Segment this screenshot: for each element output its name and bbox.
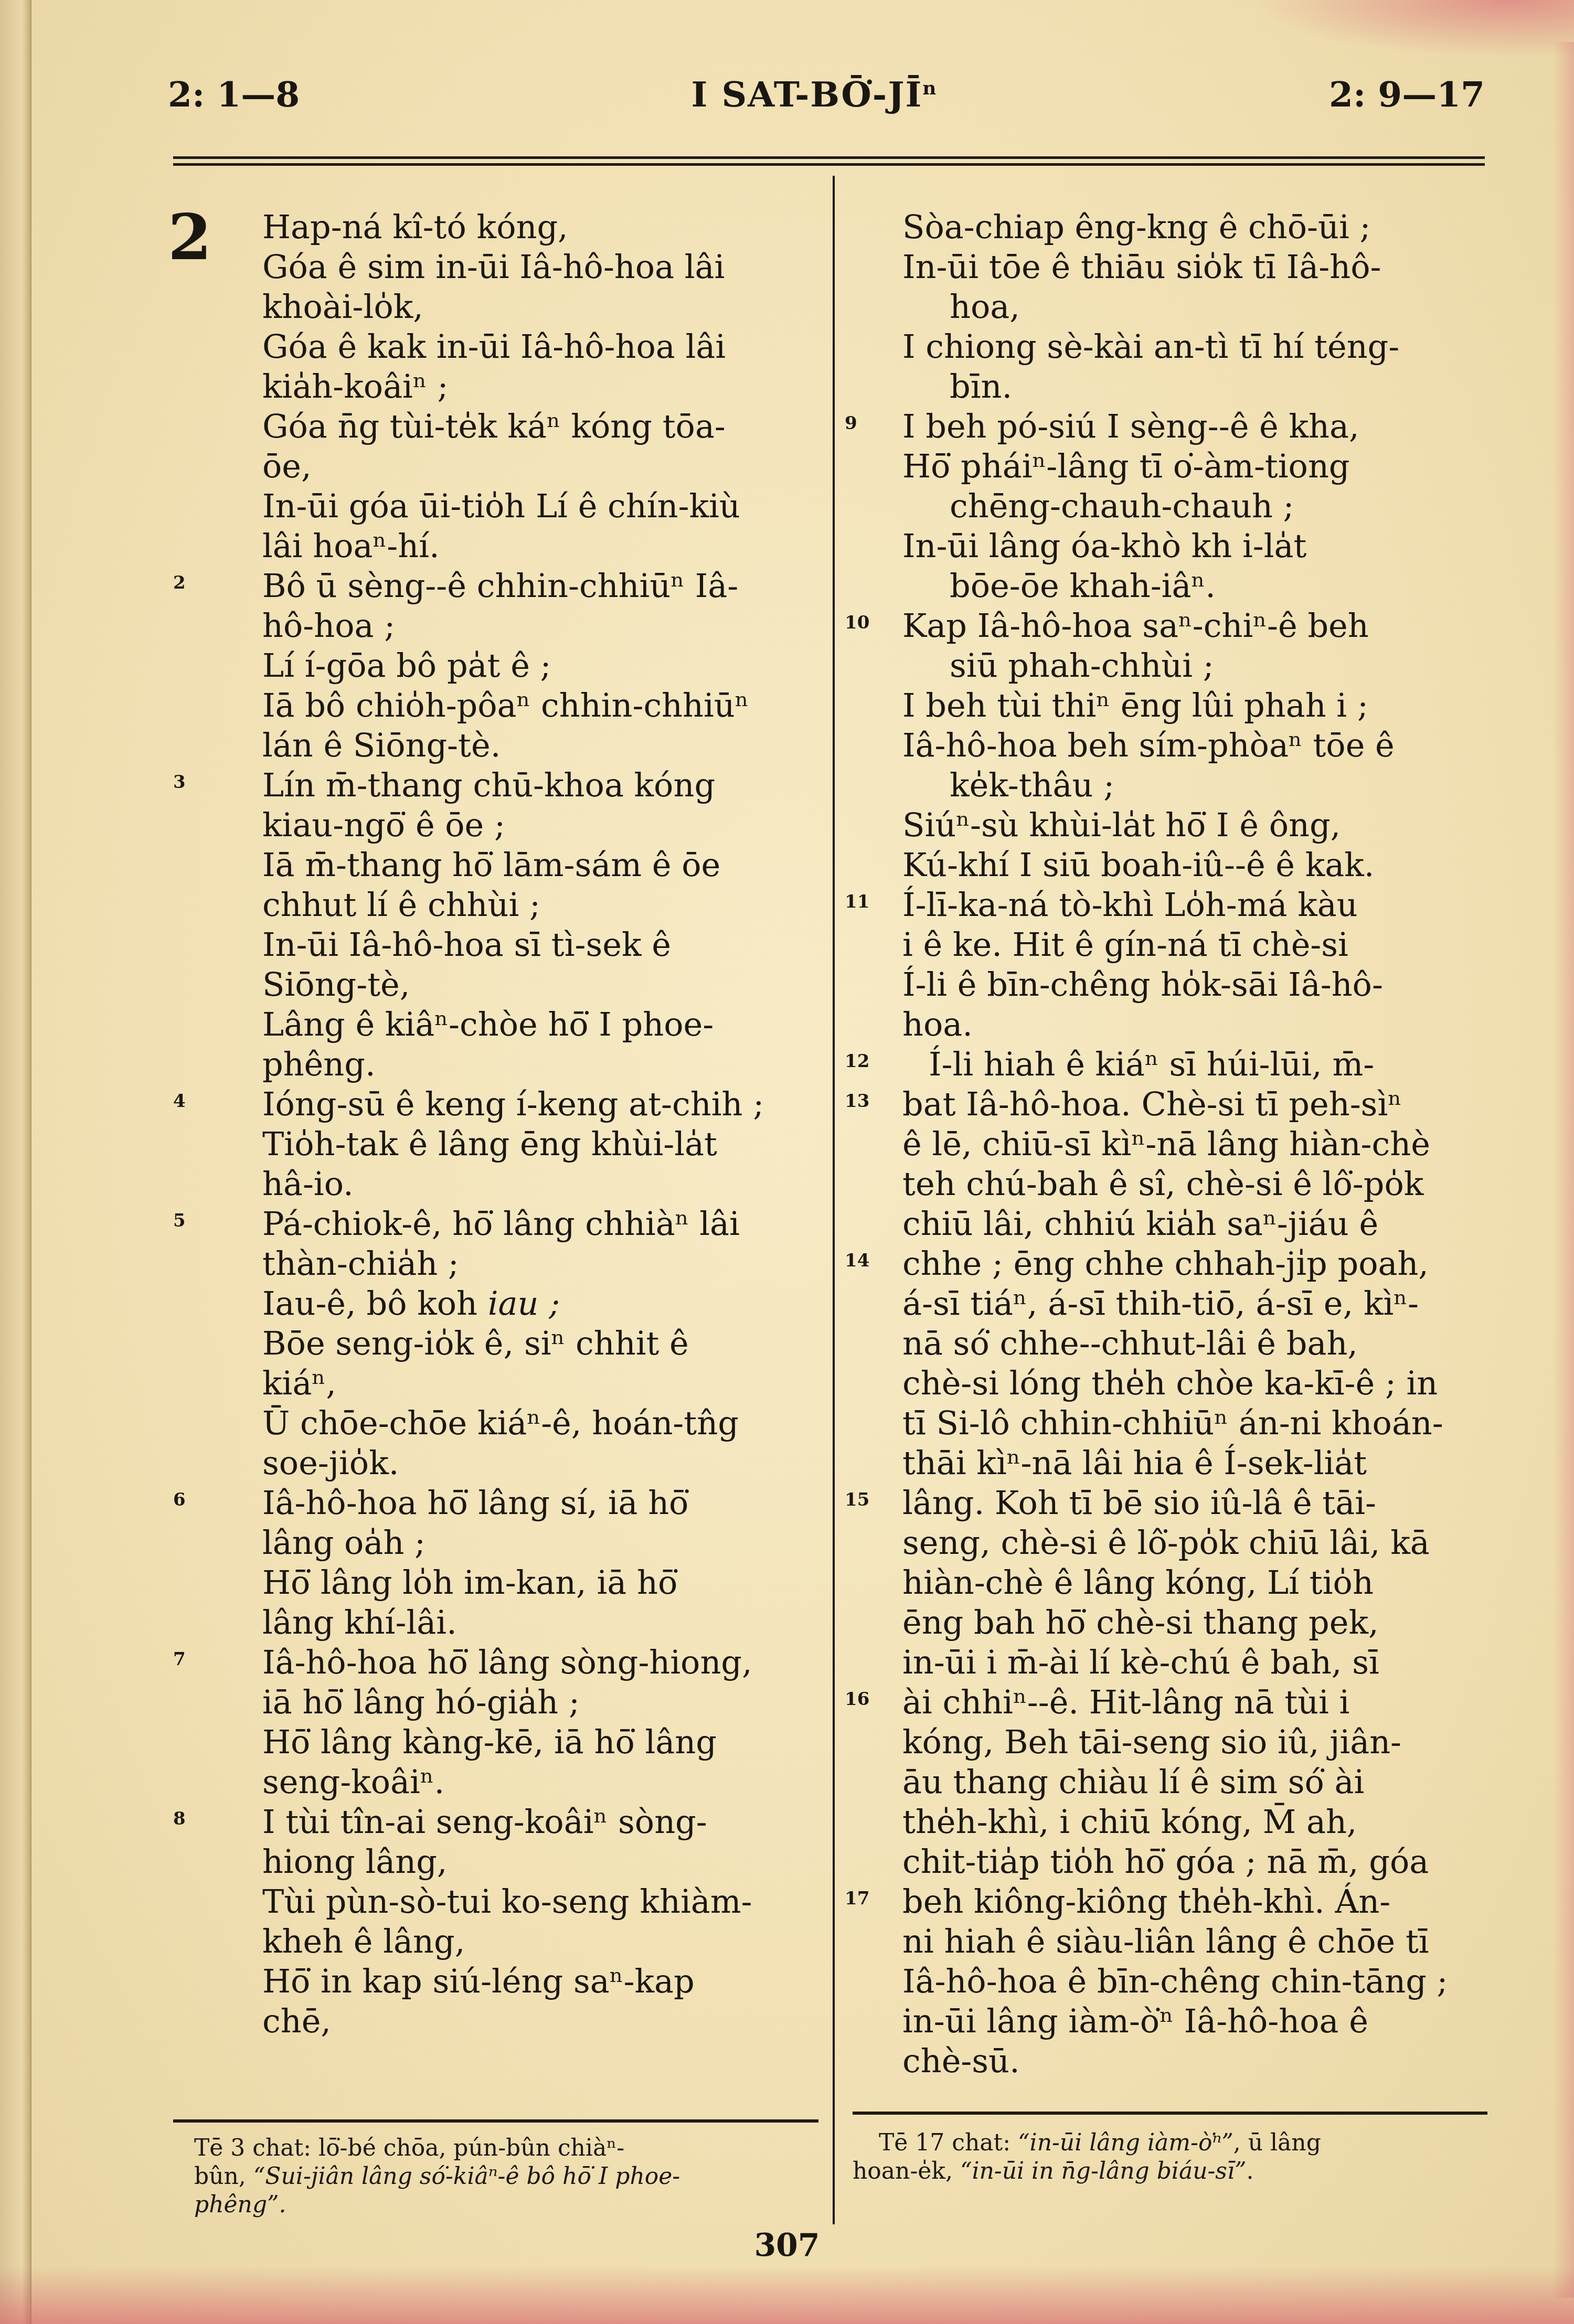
verse-text: bīn.: [950, 367, 1012, 406]
verse-line: In-ūi tōe ê thiāu sio̍k tī Iâ-hô-: [860, 247, 1490, 287]
verse-line: Hō͘ lâng lo̍h im-kan, iā hō͘: [173, 1563, 813, 1603]
verse-text: Kap Iâ-hô-hoa saⁿ-chiⁿ-ê beh: [902, 606, 1369, 645]
verse-text: the̍h-khì, i chiū kóng, M̄ ah,: [902, 1803, 1357, 1841]
verse-line: chiū lâi, chhiú kia̍h saⁿ-jiáu ê: [860, 1204, 1490, 1244]
verse-text: ke̍k-thâu ;: [950, 766, 1114, 804]
verse-line: hoa.: [860, 1005, 1490, 1044]
verse-line: kheh ê lâng,: [173, 1922, 813, 1961]
verse-text: Hō͘ pháiⁿ-lâng tī o͘-àm-tiong: [902, 447, 1350, 485]
left-footnote: Tē 3 chat: lō͘-bé chōa, pún-bûn chiàⁿ- b…: [194, 2134, 824, 2219]
header-left-range: 2: 1—8: [168, 74, 300, 115]
verse-text: chēng-chauh-chauh ;: [950, 487, 1294, 525]
left-column: 2 Hap-ná kî-tó kóng,Góa ê sim in-ūi Iâ-h…: [173, 207, 813, 2041]
verse-line: āu thang chiàu lí ê sim só͘ ài: [860, 1762, 1490, 1802]
verse-text: bat Iâ-hô-hoa. Chè-si tī peh-sìⁿ: [902, 1085, 1402, 1123]
verse-text: teh chú-bah ê sî, chè-si ê lô͘-po̍k: [902, 1165, 1423, 1203]
verse-line: 17beh kiông-kiông the̍h-khì. Án-: [860, 1882, 1490, 1922]
verse-line: teh chú-bah ê sî, chè-si ê lô͘-po̍k: [860, 1164, 1490, 1204]
verse-line: Iâ-hô-hoa beh sím-phòaⁿ tōe ê: [860, 726, 1490, 765]
verse-text: Iâ-hô-hoa ê bīn-chêng chin-tāng ;: [902, 1962, 1448, 2000]
verse-line: Iâ-hô-hoa ê bīn-chêng chin-tāng ;: [860, 1961, 1490, 2001]
verse-number: 13: [845, 1081, 869, 1121]
header-right-range: 2: 9—17: [1329, 74, 1485, 115]
verse-line: lán ê Siōng-tè.: [173, 726, 813, 765]
verse-text: soe-jio̍k.: [262, 1444, 399, 1482]
verse-line: kiáⁿ,: [173, 1363, 813, 1403]
verse-line: Sòa-chiap êng-kng ê chō-ūi ;: [860, 207, 1490, 247]
verse-line: bōe-ōe khah-iâⁿ.: [860, 566, 1490, 606]
verse-line: hoa,: [860, 287, 1490, 327]
verse-text: kia̍h-koâiⁿ ;: [262, 367, 448, 406]
verse-text: Pá-chiok-ê, hō͘ lâng chhiàⁿ lâi: [262, 1204, 740, 1243]
verse-text: lâng oa̍h ;: [262, 1523, 426, 1562]
verse-text: chit-tia̍p tio̍h hō͘ góa ; nā m̄, góa: [902, 1842, 1429, 1881]
verse-text: kiáⁿ,: [262, 1364, 336, 1402]
verse-line: lâng oa̍h ;: [173, 1523, 813, 1563]
verse-text: lán ê Siōng-tè.: [262, 726, 501, 764]
column-divider: [833, 176, 835, 2224]
verse-text: lâng khí-lâi.: [262, 1603, 457, 1641]
verse-text: Iâ-hô-hoa hō͘ lâng sí, iā hō͘: [262, 1484, 688, 1522]
verse-line: chè-sū.: [860, 2041, 1490, 2081]
verse-line: 2Bô ū sèng--ê chhin-chhiūⁿ Iâ-: [173, 566, 813, 606]
verse-text: Siúⁿ-sù khùi-la̍t hō͘ I ê ông,: [902, 806, 1341, 844]
left-footnote-rule: [173, 2119, 818, 2123]
verse-text: lâi hoaⁿ-hí.: [262, 527, 440, 565]
verse-line: chē,: [173, 2001, 813, 2041]
verse-line: Hō͘ in kap siú-léng saⁿ-kap: [173, 1961, 813, 2001]
verse-line: Lí í-gōa bô pa̍t ê ;: [173, 646, 813, 686]
verse-text: Iâ-hô-hoa hō͘ lâng sòng-hiong,: [262, 1643, 752, 1681]
verse-number: 2: [173, 563, 186, 603]
footnote-line: phêng”.: [194, 2191, 824, 2219]
verse-text: Í-lī-ka-ná tò-khì Lo̍h-má kàu: [902, 886, 1358, 924]
verse-line: 9I beh pó-siú I sèng--ê ê kha,: [860, 407, 1490, 446]
verse-number: 5: [173, 1201, 186, 1241]
verse-line: Bōe seng-io̍k ê, siⁿ chhit ê: [173, 1324, 813, 1363]
verse-text: Í-li ê bīn-chêng ho̍k-sāi Iâ-hô-: [902, 965, 1383, 1004]
verse-line: seng, chè-si ê lô͘-po̍k chiū lâi, kā: [860, 1523, 1490, 1563]
verse-text: Bô ū sèng--ê chhin-chhiūⁿ Iâ-: [262, 567, 738, 605]
header-double-rule: [173, 156, 1485, 166]
verse-text: tī Si-lô chhin-chhiūⁿ án-ni khoán-: [902, 1404, 1443, 1442]
verse-line: 16ài chhiⁿ--ê. Hit-lâng nā tùi i: [860, 1682, 1490, 1722]
right-footnote-rule: [853, 2112, 1487, 2115]
verse-text: Ióng-sū ê keng í-keng at-chih ;: [262, 1085, 764, 1123]
verse-number: 16: [845, 1679, 869, 1719]
verse-text: seng-koâiⁿ.: [262, 1763, 444, 1801]
verse-text: chē,: [262, 2002, 331, 2040]
verse-text: Hō͘ lâng kàng-kē, iā hō͘ lâng: [262, 1723, 717, 1761]
verse-line: hiàn-chè ê lâng kóng, Lí tio̍h: [860, 1563, 1490, 1603]
verse-line: ke̍k-thâu ;: [860, 765, 1490, 805]
verse-text: Ū chōe-chōe kiáⁿ-ê, hoán-tn̂g: [262, 1404, 739, 1442]
verse-number: 8: [173, 1799, 186, 1839]
verse-line: in-ūi lâng iàm-ò͘ⁿ Iâ-hô-hoa ê: [860, 2001, 1490, 2041]
verse-line: I beh tùi thiⁿ ēng lûi phah i ;: [860, 686, 1490, 726]
page-stain-right: [1553, 42, 1574, 2298]
verse-number: 6: [173, 1480, 186, 1520]
verse-line: Hap-ná kî-tó kóng,: [173, 207, 813, 247]
verse-text: thàn-chia̍h ;: [262, 1244, 459, 1283]
verse-line: 8I tùi tîn-ai seng-koâiⁿ sòng-: [173, 1802, 813, 1842]
verse-text: hoa.: [902, 1005, 973, 1043]
verse-text: phêng.: [262, 1045, 376, 1083]
verse-line: khoài-lo̍k,: [173, 287, 813, 327]
verse-text: kóng, Beh tāi-seng sio iû, jiân-: [902, 1723, 1401, 1761]
verse-text: ài chhiⁿ--ê. Hit-lâng nā tùi i: [902, 1683, 1349, 1721]
book-gutter: [0, 0, 31, 2324]
verse-line: Góa ê sim in-ūi Iâ-hô-hoa lâi: [173, 247, 813, 287]
verse-text: ēng bah hō͘ chè-si thang pek,: [902, 1603, 1379, 1641]
verse-line: 14chhe ; ēng chhe chhah-ji̍p poah,: [860, 1244, 1490, 1284]
verse-line: Hō͘ pháiⁿ-lâng tī o͘-àm-tiong: [860, 446, 1490, 486]
verse-text: Hō͘ in kap siú-léng saⁿ-kap: [262, 1962, 695, 2000]
verse-text: á-sī tiáⁿ, á-sī thih-tiō, á-sī e, kìⁿ-: [902, 1284, 1419, 1323]
verse-text: kiau-ngō͘ ê ōe ;: [262, 806, 505, 844]
verse-text: Góa ê sim in-ūi Iâ-hô-hoa lâi: [262, 248, 725, 286]
verse-text: chiū lâi, chhiú kia̍h saⁿ-jiáu ê: [902, 1204, 1378, 1243]
verse-text: siū phah-chhùi ;: [950, 646, 1214, 685]
verse-line: in-ūi i m̄-ài lí kè-chú ê bah, sī: [860, 1643, 1490, 1682]
verse-line: I chiong sè-kài an-tì tī hí téng-: [860, 327, 1490, 367]
footnote-line: bûn, “Sui-jiân lâng só͘-kiâⁿ-ê bô hō͘ I …: [194, 2162, 824, 2191]
verse-line: siū phah-chhùi ;: [860, 646, 1490, 686]
verse-line: iā hō͘ lâng hó-gia̍h ;: [173, 1682, 813, 1722]
right-column: Sòa-chiap êng-kng ê chō-ūi ;In-ūi tōe ê …: [860, 207, 1490, 2081]
verse-line: 10Kap Iâ-hô-hoa saⁿ-chiⁿ-ê beh: [860, 606, 1490, 646]
verse-line: Góa ê kak in-ūi Iâ-hô-hoa lâi: [173, 327, 813, 367]
verse-text: Tio̍h-tak ê lâng ēng khùi-la̍t: [262, 1125, 717, 1163]
verse-line: bīn.: [860, 367, 1490, 407]
verse-line: 7Iâ-hô-hoa hō͘ lâng sòng-hiong,: [173, 1643, 813, 1682]
verse-line: hiong lâng,: [173, 1842, 813, 1882]
verse-text: Hap-ná kî-tó kóng,: [262, 208, 568, 246]
verse-number: 4: [173, 1081, 186, 1121]
verse-text: Siōng-tè,: [262, 965, 410, 1004]
footnote-line: Tē 17 chat: “in-ūi lâng iàm-ò͘ⁿ”, ū lâng: [853, 2129, 1493, 2157]
verse-line: ēng bah hō͘ chè-si thang pek,: [860, 1603, 1490, 1643]
verse-line: kóng, Beh tāi-seng sio iû, jiân-: [860, 1722, 1490, 1762]
verse-line: chè-si lóng the̍h chòe ka-kī-ê ; in: [860, 1363, 1490, 1403]
verse-text: ni hiah ê siàu-liân lâng ê chōe tī: [902, 1922, 1429, 1960]
verse-text: Góa n̄g tùi-te̍k káⁿ kóng tōa-: [262, 407, 726, 445]
verse-text: chhut lí ê chhùi ;: [262, 886, 540, 924]
verse-line: Iā m̄-thang hō͘ lām-sám ê ōe: [173, 845, 813, 885]
verse-text: Bōe seng-io̍k ê, siⁿ chhit ê: [262, 1324, 689, 1362]
verse-text: In-ūi tōe ê thiāu sio̍k tī Iâ-hô-: [902, 248, 1381, 286]
verse-number: 15: [845, 1480, 869, 1520]
verse-number: 3: [173, 762, 186, 802]
verse-line: chit-tia̍p tio̍h hō͘ góa ; nā m̄, góa: [860, 1842, 1490, 1882]
verse-text: chè-si lóng the̍h chòe ka-kī-ê ; in: [902, 1364, 1438, 1402]
footnote-line: Tē 3 chat: lō͘-bé chōa, pún-bûn chiàⁿ-: [194, 2134, 824, 2162]
verse-line: lâng khí-lâi.: [173, 1603, 813, 1643]
verse-line: ni hiah ê siàu-liân lâng ê chōe tī: [860, 1922, 1490, 1961]
verse-line: Í-li ê bīn-chêng ho̍k-sāi Iâ-hô-: [860, 965, 1490, 1005]
verse-text: I chiong sè-kài an-tì tī hí téng-: [902, 327, 1399, 366]
verse-number: 14: [845, 1241, 869, 1281]
verse-line: In-ūi Iâ-hô-hoa sī tì-sek ê: [173, 925, 813, 965]
verse-text: lâng. Koh tī bē sio iû-lâ ê tāi-: [902, 1484, 1376, 1522]
verse-text: I beh pó-siú I sèng--ê ê kha,: [902, 407, 1359, 445]
verse-text: Lín m̄-thang chū-khoa kóng: [262, 766, 715, 804]
verse-line: seng-koâiⁿ.: [173, 1762, 813, 1802]
verse-text: hô-hoa ;: [262, 606, 395, 645]
verse-number: 9: [845, 403, 857, 443]
verse-line: ōe,: [173, 446, 813, 486]
verse-line: In-ūi góa ūi-tio̍h Lí ê chín-kiù: [173, 486, 813, 526]
footnote-line: hoan-e̍k, “in-ūi in n̄g-lâng biáu-sī”.: [853, 2157, 1493, 2186]
verse-line: 4Ióng-sū ê keng í-keng at-chih ;: [173, 1084, 813, 1124]
verse-line: thāi kìⁿ-nā lâi hia ê Í-sek-lia̍t: [860, 1443, 1490, 1483]
right-footnote: Tē 17 chat: “in-ūi lâng iàm-ò͘ⁿ”, ū lâng…: [853, 2129, 1493, 2186]
verse-line: the̍h-khì, i chiū kóng, M̄ ah,: [860, 1802, 1490, 1842]
verse-line: In-ūi lâng óa-khò kh i-la̍t: [860, 526, 1490, 566]
verse-text: Góa ê kak in-ūi Iâ-hô-hoa lâi: [262, 327, 726, 366]
verse-text: Hō͘ lâng lo̍h im-kan, iā hō͘: [262, 1563, 677, 1602]
verse-text: In-ūi lâng óa-khò kh i-la̍t: [902, 527, 1306, 565]
verse-text: In-ūi Iâ-hô-hoa sī tì-sek ê: [262, 925, 671, 964]
page-stain-top: [1249, 0, 1574, 58]
verse-text: in-ūi i m̄-ài lí kè-chú ê bah, sī: [902, 1643, 1379, 1681]
verse-line: nā só͘ chhe--chhut-lâi ê bah,: [860, 1324, 1490, 1363]
verse-text: Lí í-gōa bô pa̍t ê ;: [262, 646, 551, 685]
verse-text: Í-li hiah ê kiáⁿ sī húi-lūi, m̄-: [929, 1045, 1374, 1083]
verse-number: 10: [845, 603, 869, 643]
verse-text: chè-sū.: [902, 2042, 1020, 2080]
verse-text: Tùi pùn-sò-tui ko-seng khiàm-: [262, 1882, 752, 1921]
verse-line: 11Í-lī-ka-ná tò-khì Lo̍h-má kàu: [860, 885, 1490, 925]
verse-line: Lâng ê kiâⁿ-chòe hō͘ I phoe-: [173, 1005, 813, 1044]
verse-text: In-ūi góa ūi-tio̍h Lí ê chín-kiù: [262, 487, 740, 525]
verse-text: āu thang chiàu lí ê sim só͘ ài: [902, 1763, 1364, 1801]
verse-text: hoa,: [950, 287, 1020, 326]
verse-number: 11: [845, 882, 869, 922]
verse-text: Sòa-chiap êng-kng ê chō-ūi ;: [902, 208, 1370, 246]
verse-text: hiong lâng,: [262, 1842, 448, 1881]
verse-line: lâi hoaⁿ-hí.: [173, 526, 813, 566]
verse-line: 13bat Iâ-hô-hoa. Chè-si tī peh-sìⁿ: [860, 1084, 1490, 1124]
verse-text: I beh tùi thiⁿ ēng lûi phah i ;: [902, 686, 1368, 724]
verse-line: hâ-io.: [173, 1164, 813, 1204]
verse-text: Iâ-hô-hoa beh sím-phòaⁿ tōe ê: [902, 726, 1395, 764]
verse-number: 12: [845, 1041, 869, 1081]
verse-line: kia̍h-koâiⁿ ;: [173, 367, 813, 407]
verse-text: beh kiông-kiông the̍h-khì. Án-: [902, 1882, 1390, 1921]
verse-text: iā hō͘ lâng hó-gia̍h ;: [262, 1683, 580, 1721]
verse-line: hô-hoa ;: [173, 606, 813, 646]
verse-text: nā só͘ chhe--chhut-lâi ê bah,: [902, 1324, 1358, 1362]
verse-line: 5Pá-chiok-ê, hō͘ lâng chhiàⁿ lâi: [173, 1204, 813, 1244]
verse-line: 6Iâ-hô-hoa hō͘ lâng sí, iā hō͘: [173, 1483, 813, 1523]
verse-line: ê lē, chiū-sī kìⁿ-nā lâng hiàn-chè: [860, 1124, 1490, 1164]
verse-text: chhe ; ēng chhe chhah-ji̍p poah,: [902, 1244, 1429, 1283]
verse-text: Iā bô chio̍h-pôaⁿ chhin-chhiūⁿ: [262, 686, 749, 724]
verse-number: 17: [845, 1879, 869, 1918]
verse-line: Tùi pùn-sò-tui ko-seng khiàm-: [173, 1882, 813, 1922]
verse-text: thāi kìⁿ-nā lâi hia ê Í-sek-lia̍t: [902, 1444, 1367, 1482]
verse-line: Hō͘ lâng kàng-kē, iā hō͘ lâng: [173, 1722, 813, 1762]
verse-text: Lâng ê kiâⁿ-chòe hō͘ I phoe-: [262, 1005, 714, 1043]
verse-line: Ū chōe-chōe kiáⁿ-ê, hoán-tn̂g: [173, 1403, 813, 1443]
verse-line: kiau-ngō͘ ê ōe ;: [173, 805, 813, 845]
verse-text: hiàn-chè ê lâng kóng, Lí tio̍h: [902, 1563, 1374, 1602]
verse-line: Tio̍h-tak ê lâng ēng khùi-la̍t: [173, 1124, 813, 1164]
page-number: 307: [0, 2227, 1574, 2264]
verse-text: Kú-khí I siū boah-iû--ê ê kak.: [902, 846, 1374, 884]
verse-line: 15lâng. Koh tī bē sio iû-lâ ê tāi-: [860, 1483, 1490, 1523]
verse-line: 12Í-li hiah ê kiáⁿ sī húi-lūi, m̄-: [860, 1044, 1490, 1084]
verse-line: soe-jio̍k.: [173, 1443, 813, 1483]
verse-line: tī Si-lô chhin-chhiūⁿ án-ni khoán-: [860, 1403, 1490, 1443]
verse-text: hâ-io.: [262, 1165, 354, 1203]
verse-line: Góa n̄g tùi-te̍k káⁿ kóng tōa-: [173, 407, 813, 446]
verse-text: bōe-ōe khah-iâⁿ.: [950, 567, 1216, 605]
verse-text: Iā m̄-thang hō͘ lām-sám ê ōe: [262, 846, 720, 884]
verse-line: Iā bô chio̍h-pôaⁿ chhin-chhiūⁿ: [173, 686, 813, 726]
verse-line: chēng-chauh-chauh ;: [860, 486, 1490, 526]
verse-line: 3Lín m̄-thang chū-khoa kóng: [173, 765, 813, 805]
verse-text: khoài-lo̍k,: [262, 287, 423, 326]
verse-text: seng, chè-si ê lô͘-po̍k chiū lâi, kā: [902, 1523, 1430, 1562]
verse-text: I tùi tîn-ai seng-koâiⁿ sòng-: [262, 1803, 707, 1841]
verse-line: Siōng-tè,: [173, 965, 813, 1005]
book-title: I SAT-BŌ͘-JĪn: [692, 74, 938, 115]
verse-text: ê lē, chiū-sī kìⁿ-nā lâng hiàn-chè: [902, 1125, 1430, 1163]
verse-number: 7: [173, 1639, 186, 1679]
verse-line: á-sī tiáⁿ, á-sī thih-tiō, á-sī e, kìⁿ-: [860, 1284, 1490, 1324]
verse-text: kheh ê lâng,: [262, 1922, 465, 1960]
verse-text: Iau-ê, bô koh iau ;: [262, 1284, 560, 1323]
verse-line: phêng.: [173, 1044, 813, 1084]
running-header: 2: 1—8 I SAT-BŌ͘-JĪn 2: 9—17: [168, 73, 1485, 115]
verse-line: i ê ke. Hit ê gín-ná tī chè-si: [860, 925, 1490, 965]
verse-text: i ê ke. Hit ê gín-ná tī chè-si: [902, 925, 1348, 964]
page-stain-bottom: [0, 2266, 1574, 2324]
verse-line: Kú-khí I siū boah-iû--ê ê kak.: [860, 845, 1490, 885]
verse-line: Siúⁿ-sù khùi-la̍t hō͘ I ê ông,: [860, 805, 1490, 845]
verse-line: Iau-ê, bô koh iau ;: [173, 1284, 813, 1324]
verse-line: chhut lí ê chhùi ;: [173, 885, 813, 925]
verse-text: ōe,: [262, 447, 312, 485]
verse-line: thàn-chia̍h ;: [173, 1244, 813, 1284]
verse-text: in-ūi lâng iàm-ò͘ⁿ Iâ-hô-hoa ê: [902, 2002, 1368, 2040]
